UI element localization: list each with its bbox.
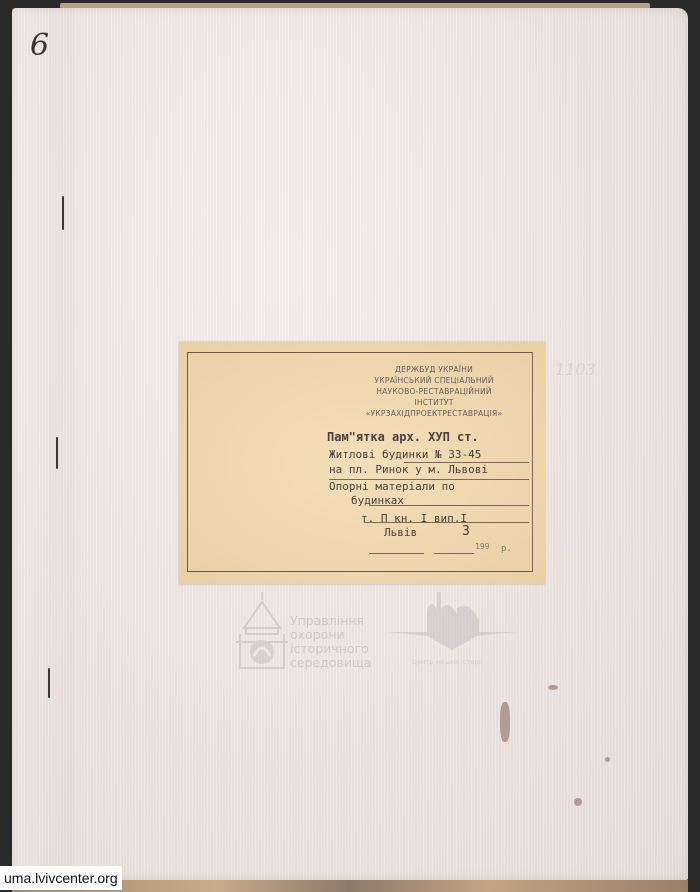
monument-line: Пам"ятка арх. ХУП ст. — [327, 430, 479, 444]
institution-line: НАУКОВО-РЕСТАВРАЦІЙНИЙ — [329, 386, 539, 397]
year-prefix: 199 — [475, 542, 489, 551]
foxing-stain — [500, 702, 510, 742]
source-watermark-link[interactable]: uma.lvivcenter.org — [0, 866, 122, 890]
institution-stamp: ДЕРЖБУД УКРАЇНИ УКРАЇНСЬКИЙ СПЕЦІАЛЬНИЙ … — [329, 364, 539, 419]
buildings-line: Житлові будинки № 33-45 — [329, 448, 481, 461]
watermark-line: охорони — [290, 628, 371, 642]
tower-logo-icon — [232, 590, 292, 675]
watermark-line: середовища — [290, 656, 371, 670]
subject-line-1: Опорні матеріали по — [329, 480, 455, 493]
institution-line: ДЕРЖБУД УКРАЇНИ — [329, 364, 539, 375]
location-line: на пл. Ринок у м. Львові — [329, 463, 488, 476]
underline — [369, 505, 529, 506]
watermark-org-name: Управління охорони історичного середовищ… — [290, 614, 371, 670]
archive-watermark: Управління охорони історичного середовищ… — [232, 590, 522, 680]
underline — [364, 522, 529, 523]
folder-spine — [12, 8, 74, 880]
binding-stitch — [62, 196, 64, 230]
date-blank — [369, 553, 424, 554]
foxing-stain — [548, 685, 558, 690]
binding-stitch — [56, 437, 58, 469]
watermark-partner-caption: Центр міської історії — [412, 658, 482, 666]
copy-number: 3 — [462, 524, 470, 539]
date-blank — [434, 553, 474, 554]
faint-pencil-mark: 1103 — [555, 360, 596, 379]
watermark-line: Управління — [290, 614, 371, 628]
binding-stitch — [48, 668, 50, 698]
institution-line: «УКРЗАХІДПРОЕКТРЕСТАВРАЦІЯ» — [329, 408, 539, 419]
title-label: ДЕРЖБУД УКРАЇНИ УКРАЇНСЬКИЙ СПЕЦІАЛЬНИЙ … — [179, 342, 545, 584]
volume-line: т. П кн. І вип.І — [361, 512, 467, 525]
city-line: Львів — [384, 526, 417, 539]
foxing-stain — [605, 757, 610, 762]
foxing-stain — [574, 798, 582, 806]
watermark-line: історичного — [290, 642, 371, 656]
institution-line: ІНСТИТУТ — [329, 397, 539, 408]
year-suffix: р. — [501, 544, 512, 554]
handwritten-folder-number: 6 — [30, 28, 49, 63]
institution-line: УКРАЇНСЬКИЙ СПЕЦІАЛЬНИЙ — [329, 375, 539, 386]
city-skyline-logo-icon — [387, 590, 517, 652]
